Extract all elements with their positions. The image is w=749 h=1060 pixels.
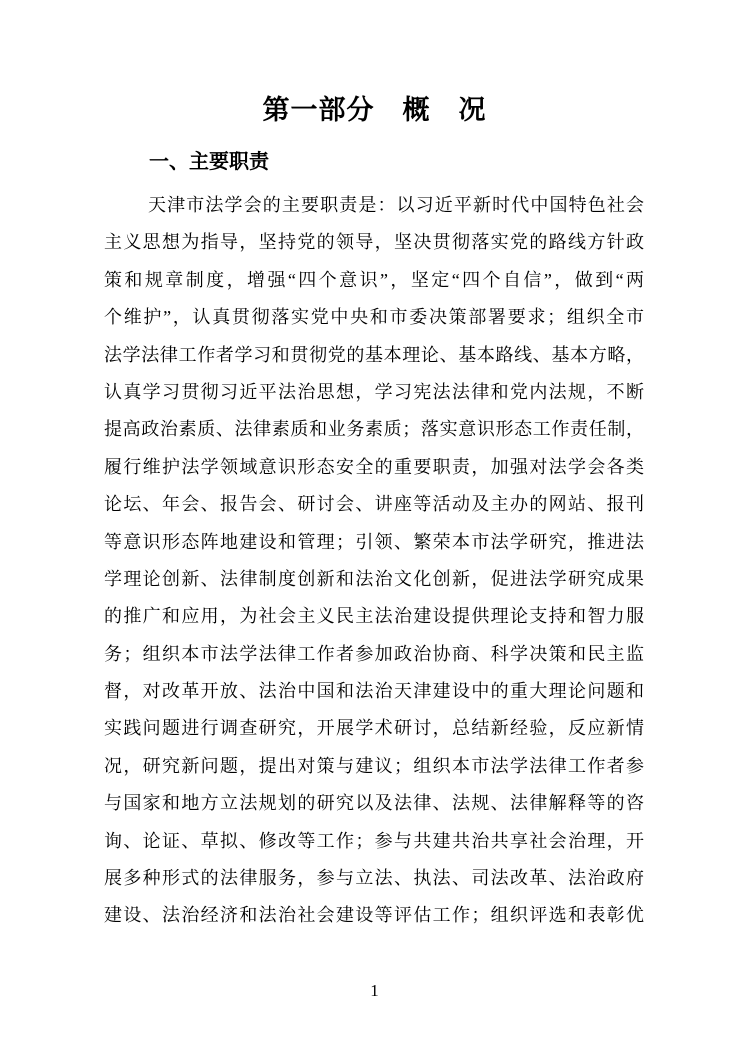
page-number: 1: [0, 981, 749, 1001]
paragraph-line: 与国家和地方立法规划的研究以及法律、法规、法律解释等的咨: [104, 785, 644, 822]
paragraph-line: 履行维护法学领域意识形态安全的重要职责，加强对法学会各类: [104, 449, 644, 486]
paragraph-line: 等意识形态阵地建设和管理；引领、繁荣本市法学研究，推进法: [104, 524, 644, 561]
paragraph-line: 法学法律工作者学习和贯彻党的基本理论、基本路线、基本方略，: [104, 337, 644, 374]
paragraph-line: 天津市法学会的主要职责是：以习近平新时代中国特色社会: [104, 187, 644, 224]
document-page: 第一部分 概 况 一、主要职责 天津市法学会的主要职责是：以习近平新时代中国特色…: [0, 0, 749, 1060]
paragraph-line: 主义思想为指导，坚持党的领导，坚决贯彻落实党的路线方针政: [104, 224, 644, 261]
paragraph-line: 建设、法治经济和法治社会建设等评估工作；组织评选和表彰优: [104, 897, 644, 934]
paragraph-line: 认真学习贯彻习近平法治思想，学习宪法法律和党内法规，不断: [104, 374, 644, 411]
paragraph-line: 询、论证、草拟、修改等工作；参与共建共治共享社会治理，开: [104, 823, 644, 860]
document-title: 第一部分 概 况: [0, 93, 749, 127]
paragraph-line: 实践问题进行调查研究，开展学术研讨，总结新经验，反应新情: [104, 710, 644, 747]
paragraph-line: 策和规章制度，增强“四个意识”，坚定“四个自信”，做到“两: [104, 262, 644, 299]
paragraph-line: 学理论创新、法律制度创新和法治文化创新，促进法学研究成果: [104, 561, 644, 598]
paragraph-line: 个维护”，认真贯彻落实党中央和市委决策部署要求；组织全市: [104, 299, 644, 336]
paragraph-line: 督，对改革开放、法治中国和法治天津建设中的重大理论问题和: [104, 673, 644, 710]
paragraph-line: 务；组织本市法学法律工作者参加政治协商、科学决策和民主监: [104, 636, 644, 673]
paragraph-line: 况，研究新问题，提出对策与建议；组织本市法学法律工作者参: [104, 748, 644, 785]
paragraph-line: 的推广和应用，为社会主义民主法治建设提供理论支持和智力服: [104, 598, 644, 635]
paragraph-line: 提高政治素质、法律素质和业务素质；落实意识形态工作责任制，: [104, 411, 644, 448]
paragraph-line: 展多种形式的法律服务，参与立法、执法、司法改革、法治政府: [104, 860, 644, 897]
section-heading: 一、主要职责: [149, 149, 269, 175]
body-paragraph: 天津市法学会的主要职责是：以习近平新时代中国特色社会 主义思想为指导，坚持党的领…: [104, 187, 644, 935]
paragraph-line: 论坛、年会、报告会、研讨会、讲座等活动及主办的网站、报刊: [104, 486, 644, 523]
